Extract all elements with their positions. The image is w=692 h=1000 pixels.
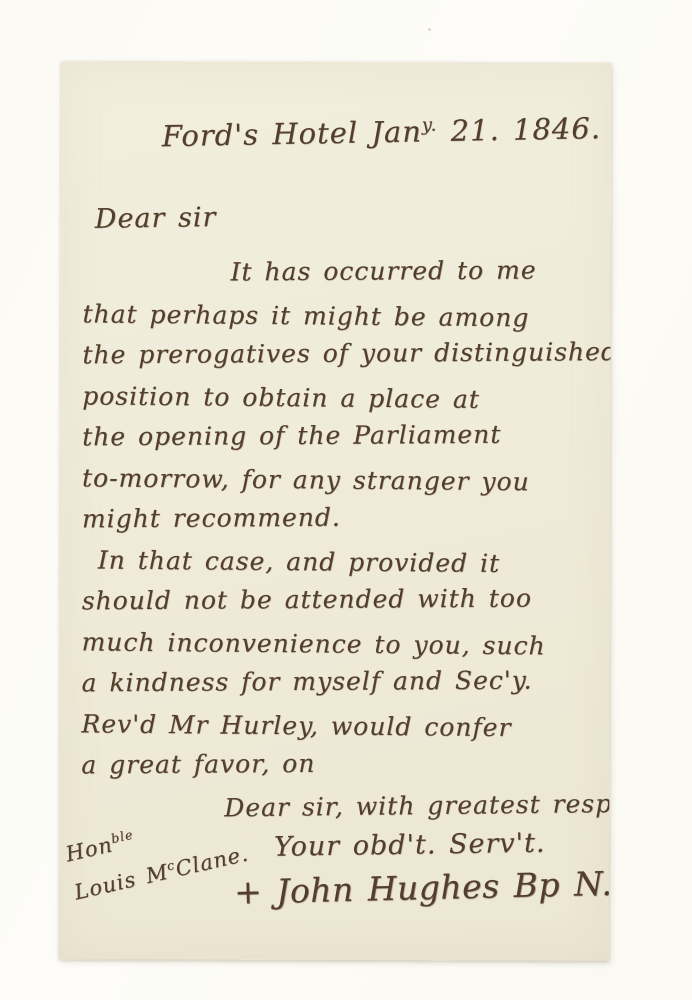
dateline: Ford's Hotel Jany. 21. 1846. [61, 111, 611, 155]
letter-paper: Ford's Hotel Jany. 21. 1846. Dear sir It… [59, 61, 611, 960]
addressee-note: Honble Louis McClane. [61, 794, 252, 910]
dust-speck [428, 28, 431, 31]
signature: + John Hughes Bp N. Y. [234, 864, 610, 912]
closing-line-1: Dear sir, with greatest respect [224, 789, 609, 822]
dateline-year: 21. 1846. [437, 111, 601, 148]
salutation: Dear sir [95, 196, 611, 235]
letter-line: should not be attended with too [82, 577, 610, 621]
letter-body: It has occurred to me that perhaps it mi… [81, 252, 610, 786]
dateline-superscript: y. [422, 114, 438, 135]
letter-line: the opening of the Parliament [82, 413, 610, 457]
letter-line: a great favor, on [81, 741, 609, 785]
letter-line: It has occurred to me [82, 249, 610, 293]
letter-line: the prerogatives of your distinguished [82, 331, 610, 375]
letter-line: a kindness for myself and Sec'y. [81, 659, 609, 703]
closing-line-2: Your obd't. Serv't. [274, 827, 609, 863]
dateline-place-date: Ford's Hotel Jan [161, 114, 422, 153]
letter-photograph: Ford's Hotel Jany. 21. 1846. Dear sir It… [0, 0, 692, 1000]
letter-line: might recommend. [82, 495, 610, 539]
